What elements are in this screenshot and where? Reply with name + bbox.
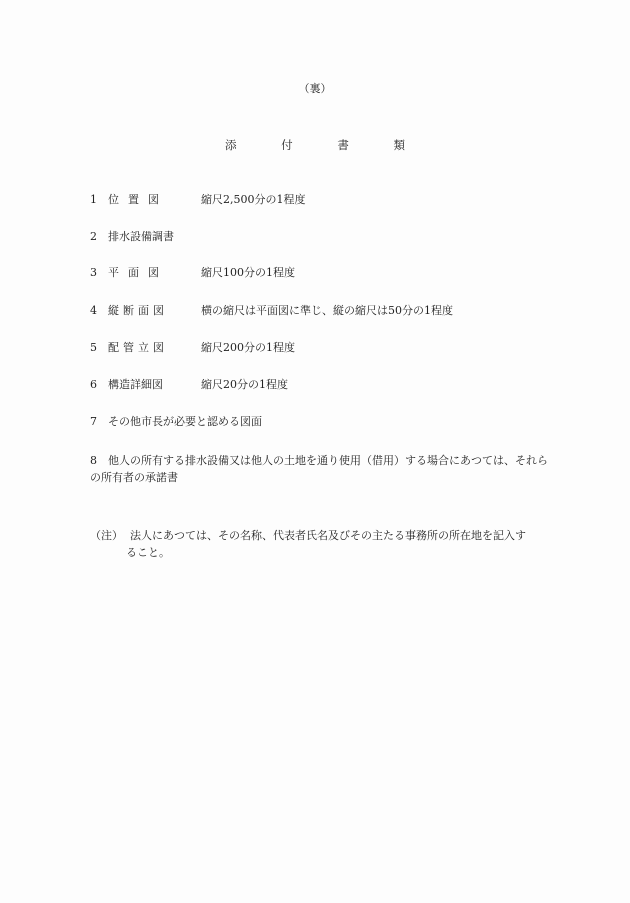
item-number: 7 — [90, 414, 108, 430]
note-line-2: ること。 — [90, 544, 555, 561]
item-number: 5 — [90, 340, 108, 356]
item-description: 縮尺200分の1程度 — [201, 340, 295, 356]
item-name: 平面図 — [108, 265, 168, 281]
item-description: 縮尺100分の1程度 — [201, 265, 295, 281]
item-description: 縮尺20分の1程度 — [201, 377, 288, 393]
title-char: 付 — [281, 137, 293, 153]
item-description: 横の縮尺は平面図に準じ、縦の縮尺は50分の1程度 — [201, 303, 453, 319]
item-name: 排水設備調書 — [108, 229, 174, 245]
list-item: 5配管立図 縮尺200分の1程度 — [90, 340, 168, 356]
note-text: 法人にあつては、その名称、代表者氏名及びその主たる事務所の所在地を記入す — [130, 529, 526, 542]
page-title: 添 付 書 類 — [225, 137, 405, 153]
list-item: 6構造詳細図 縮尺20分の1程度 — [90, 377, 163, 393]
item-name: 縦断面図 — [108, 303, 168, 319]
title-char: 類 — [393, 137, 405, 153]
item-number: 2 — [90, 229, 108, 245]
list-item: 1位置図 縮尺2,500分の1程度 — [90, 192, 168, 208]
note-line-1: （注） 法人にあつては、その名称、代表者氏名及びその主たる事務所の所在地を記入す — [90, 527, 555, 544]
note-label: （注） — [90, 529, 123, 542]
item-number: 4 — [90, 303, 108, 319]
list-item: 3平面図 縮尺100分の1程度 — [90, 265, 168, 281]
item-name: その他市長が必要と認める図面 — [108, 414, 262, 430]
item-number: 6 — [90, 377, 108, 393]
list-item: 4縦断面図 横の縮尺は平面図に準じ、縦の縮尺は50分の1程度 — [90, 303, 168, 319]
item-number: 3 — [90, 265, 108, 281]
title-char: 添 — [225, 137, 237, 153]
item-description: 縮尺2,500分の1程度 — [201, 192, 306, 208]
page-side-label: （裏） — [0, 80, 630, 96]
item-number: 8 — [90, 452, 108, 469]
list-item: 7その他市長が必要と認める図面 — [90, 414, 262, 430]
item-name: 他人の所有する排水設備又は他人の土地を通り使用（借用）する場合にあつては、それら… — [90, 454, 548, 484]
item-number: 1 — [90, 192, 108, 208]
note: （注） 法人にあつては、その名称、代表者氏名及びその主たる事務所の所在地を記入す… — [90, 527, 555, 561]
item-name: 位置図 — [108, 192, 168, 208]
list-item: 2排水設備調書 — [90, 229, 174, 245]
item-name: 構造詳細図 — [108, 377, 163, 393]
item-name: 配管立図 — [108, 340, 168, 356]
title-char: 書 — [337, 137, 349, 153]
list-item: 8他人の所有する排水設備又は他人の土地を通り使用（借用）する場合にあつては、それ… — [90, 452, 555, 486]
